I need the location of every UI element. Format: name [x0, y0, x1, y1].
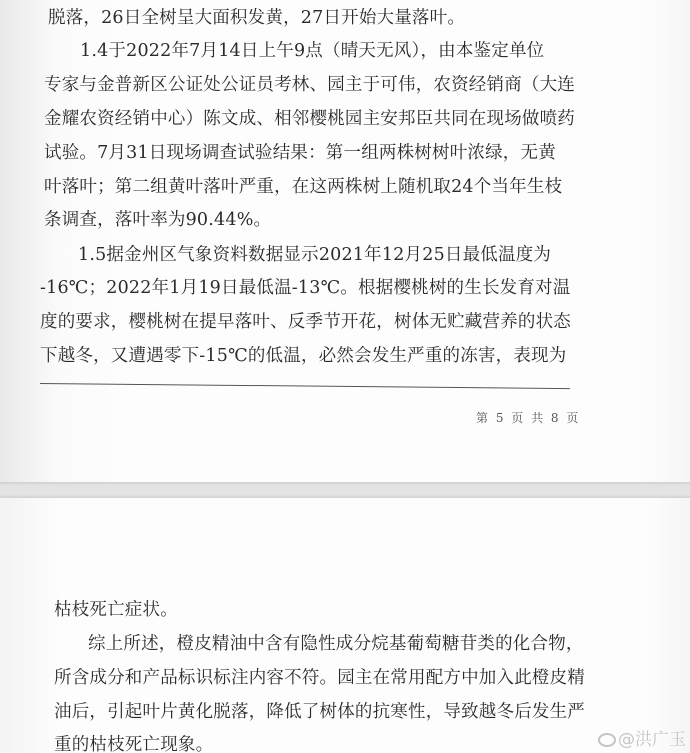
- page-separator: [0, 482, 690, 498]
- weibo-icon: [598, 733, 616, 747]
- text-line: 所含成分和产品标识标注内容不符。园主在常用配方中加入此橙皮精: [54, 664, 585, 689]
- footer-rule: [40, 383, 570, 389]
- text-line: -16℃；2022年1月19日最低温-13℃。根据樱桃树的生长发育对温: [40, 274, 570, 299]
- page-number: 第 5 页 共 8 页: [476, 409, 580, 426]
- watermark-text: @洪广玉: [618, 730, 686, 750]
- text-line: 条调查，落叶率为90.44%。: [44, 206, 271, 231]
- text-line: 专家与金普新区公证处公证员考林、园主于可伟，农资经销商（大连: [44, 71, 575, 96]
- text-line: 枯枝死亡症状。: [54, 596, 178, 621]
- text-line: 脱落，26日全树呈大面积发黄，27日开始大量落叶。: [48, 4, 465, 29]
- section-1-5-line: 1.5据金州区气象资料数据显示2021年12月25日最低温度为: [78, 241, 551, 266]
- text-line: 油后，引起叶片黄化脱落，降低了树体的抗寒性，导致越冬后发生严: [54, 698, 585, 723]
- text-line: 度的要求，樱桃树在提早落叶、反季节开花，树体无贮藏营养的状态: [40, 308, 571, 333]
- document-page-5: 脱落，26日全树呈大面积发黄，27日开始大量落叶。 1.4于2022年7月14日…: [0, 0, 690, 482]
- document-page-6: 枯枝死亡症状。 综上所述，橙皮精油中含有隐性成分烷基葡萄糖苷类的化合物， 所含成…: [0, 498, 690, 753]
- text-line: 试验。7月31日现场调查试验结果：第一组两株树树叶浓绿，无黄: [44, 139, 556, 164]
- section-1-4-line: 1.4于2022年7月14日上午9点（晴天无风），由本鉴定单位: [80, 37, 544, 62]
- text-line: 金耀农资经销中心）陈文成、相邻樱桃园主安邦臣共同在现场做喷药: [44, 105, 575, 130]
- conclusion-line: 综上所述，橙皮精油中含有隐性成分烷基葡萄糖苷类的化合物，: [88, 630, 584, 655]
- text-line: 下越冬，又遭遇零下-15℃的低温，必然会发生严重的冻害，表现为: [40, 342, 566, 367]
- text-line: 重的枯枝死亡现象。: [54, 731, 213, 753]
- text-line: 叶落叶；第二组黄叶落叶严重，在这两株树上随机取24个当年生枝: [44, 173, 562, 198]
- watermark: @洪广玉: [598, 725, 686, 750]
